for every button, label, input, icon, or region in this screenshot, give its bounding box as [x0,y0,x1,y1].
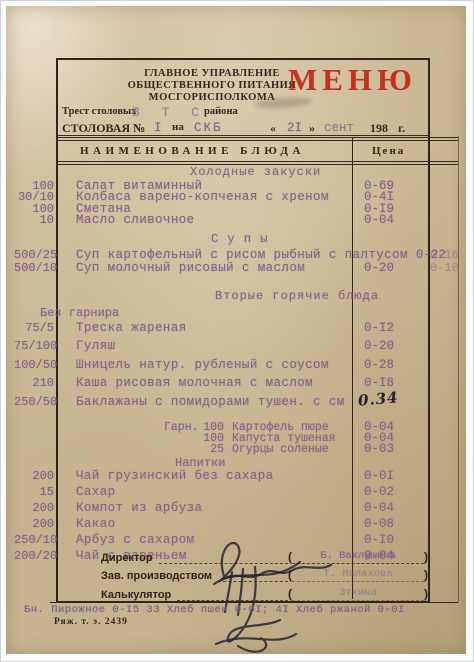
section-title-mains: Вторые горячие блюда [215,290,428,303]
dish-price: 0-08 [356,517,428,531]
rule-top-b [56,140,458,141]
canteen-number: I [154,121,162,135]
portion-weight: 250/50 [14,395,54,409]
portion-weight: 200 [14,517,54,531]
menu-row: 200 Чай грузинский без сахара 0-0I [14,469,428,485]
portion-weight: 200 [14,469,54,483]
portion-weight: 10 [14,213,54,227]
quote-close: » [309,121,315,136]
menu-row: 100 Салат витаминный 0-69 [14,179,428,190]
dish-price: 0-0I [356,469,428,483]
production-signature-line [218,569,288,582]
section-soups: С у п ы 500/25 Суп картофельный с рисом … [14,233,428,274]
section-title-soups: С у п ы [211,233,428,245]
section-title-drinks: Напитки [175,457,428,469]
dish-price: 0-20 [356,339,428,353]
menu-row: 200 Какао 0-08 [14,517,428,533]
paren-close: ) [424,569,428,582]
year-suffix: г. [398,121,405,136]
dish-name: Какао [76,517,356,531]
handwritten-price: 0.34 [357,388,399,409]
portion-weight: 500/10 [14,261,54,275]
dish-price-secondary: 0-16 [430,248,468,262]
menu-paper-sheet: ГЛАВНОЕ УПРАВЛЕНИЕ ОБЩЕСТВЕННОГО ПИТАНИЯ… [6,6,466,654]
director-signature-line [159,551,288,564]
dish-name: Компот из арбуза [76,501,356,515]
dish-price: 0-28 [356,358,428,372]
garnish-name: Огурцы соленые [232,443,329,456]
dish-name: Каша рисовая молочная с маслом [76,376,356,390]
menu-row: 75/5 Треска жареная 0-I2 [14,321,428,340]
print-code: Ряж. т. э. 2439 [54,617,128,627]
dish-name: Суп картофельный с рисом рыбный с палтус… [76,248,408,262]
column-header-dish: НАИМЕНОВАНИЕ БЛЮДА [80,145,305,157]
soup-rows: 500/25 Суп картофельный с рисом рыбный с… [14,248,428,274]
calculator-row: Калькулятор ( Эткина ) [101,583,428,602]
paren-close: ) [424,551,428,564]
dish-name: Суп молочный рисовый с маслом [76,261,356,275]
rule-top-a [56,137,458,138]
date-day: 2I [287,121,302,135]
portion-weight: 500/25 [14,248,54,262]
director-name: Б. Ваклушина [292,550,424,564]
paren-close: ) [424,588,428,601]
canteen-label: СТОЛОВАЯ № [62,121,145,136]
production-name-parens: ( Т. Малахова ) [288,568,428,582]
rule-bottom-extra [50,602,458,603]
director-name-parens: ( Б. Ваклушина ) [288,550,428,564]
production-row: Зав. производством ( Т. Малахова ) [101,565,428,584]
menu-row: 100/50 Шницель натур. рубленый с соусом … [14,358,428,377]
dish-name: Арбуз с сахаром [76,533,356,547]
menu-row: 75/100 Гуляш 0-20 [14,339,428,358]
calculator-name: Эткина [292,587,424,601]
portion-weight: 200 [14,501,54,515]
section-cold-appetizers: Холодные закуски 100 Салат витаминный 0-… [14,166,428,225]
portion-weight: 15 [14,485,54,499]
scanned-menu-photo: ГЛАВНОЕ УПРАВЛЕНИЕ ОБЩЕСТВЕННОГО ПИТАНИЯ… [0,0,474,662]
org-line-1: ГЛАВНОЕ УПРАВЛЕНИЕ [112,68,312,80]
garnish-row: Гарн. 100 Картофель пюре 0-04 [14,420,428,431]
garnish-row: 100 Капуста тушеная 0-04 [14,431,428,442]
right-margin-line [458,136,459,602]
menu-title: МЕНЮ [288,62,417,98]
section-title-cold: Холодные закуски [190,166,428,178]
dish-price: 0-04 [356,213,428,227]
footer-note: Бн. Пирожное 0-I5 33 Хлеб пшен 0-0I; 4I … [24,604,454,616]
dish-price: 0-I0 [356,533,428,547]
signature-block: Директор ( Б. Ваклушина ) Зав. производс… [101,546,428,602]
rule-head-a [56,161,458,162]
portion-weight: 200/20 [14,549,54,563]
director-row: Директор ( Б. Ваклушина ) [101,546,428,565]
production-name: Т. Малахова [292,568,424,582]
date-month: сент [324,121,354,135]
dish-name: Гуляш [76,339,356,353]
menu-row: 500/10 Суп молочный рисовый с маслом 0-2… [14,261,428,274]
trust-label: Трест столовых [62,106,136,117]
dish-price: 0-20 [356,261,428,275]
dish-name: Шницель натур. рубленый с соусом [76,358,356,372]
dish-name: Сахар [76,485,356,499]
dish-price: 0-I2 [356,321,428,335]
portion-weight: 75/100 [14,339,54,353]
canteen-org: СКБ [194,121,223,135]
column-header-price: Цена [372,145,405,157]
quote-open: « [270,121,276,136]
dish-name: Чай грузинский без сахара [76,469,356,483]
menu-row: 30/10 Колбаса варено-копченая с хреном 0… [14,190,428,201]
menu-body: Холодные закуски 100 Салат витаминный 0-… [14,166,428,565]
garnish-qty: 25 [198,443,224,456]
dish-name: Баклажаны с помидорами тушен. с см [76,395,356,409]
dish-price: 0-02 [356,485,428,499]
dish-price-secondary: 0-10 [430,261,468,275]
dish-price: 0-04 [356,501,428,515]
cold-rows: 100 Салат витаминный 0-69 30/10 Колбаса … [14,179,428,225]
calculator-name-parens: ( Эткина ) [288,587,428,601]
menu-row: 100 Сметана 0-I9 [14,202,428,213]
portion-weight: 250/10 [14,533,54,547]
preposition-na: на [172,121,184,133]
garnish-price: 0-03 [356,442,428,456]
district-label: района [204,106,238,117]
org-line-2: ОБЩЕСТВЕННОГО ПИТАНИЯ [112,80,312,92]
calculator-signature-flourish [216,634,296,652]
menu-row: 15 Сахар 0-02 [14,485,428,501]
dish-name: Треска жареная [76,321,356,335]
menu-row: 500/25 Суп картофельный с рисом рыбный с… [14,248,428,261]
portion-weight: 100/50 [14,358,54,372]
date-year: 198 [370,121,388,136]
portion-weight: 75/5 [14,321,54,335]
dish-name: Масло сливочное [76,213,356,227]
garnish-row: 25 Огурцы соленые 0-03 [14,442,428,453]
garnish-rows: Гарн. 100 Картофель пюре 0-04 100 Капуст… [14,420,428,453]
portion-weight: 210 [14,376,54,390]
production-label: Зав. производством [101,570,212,582]
menu-row: 10 Масло сливочное 0-04 [14,213,428,224]
section-garnishes: Гарн. 100 Картофель пюре 0-04 100 Капуст… [14,420,428,453]
calculator-signature-line [177,588,288,601]
section-subtitle-no-garnish: Без гарнира [40,307,428,319]
calculator-label: Калькулятор [101,589,171,601]
menu-row: 200 Компот из арбуза 0-04 [14,501,428,517]
director-label: Директор [101,552,153,564]
